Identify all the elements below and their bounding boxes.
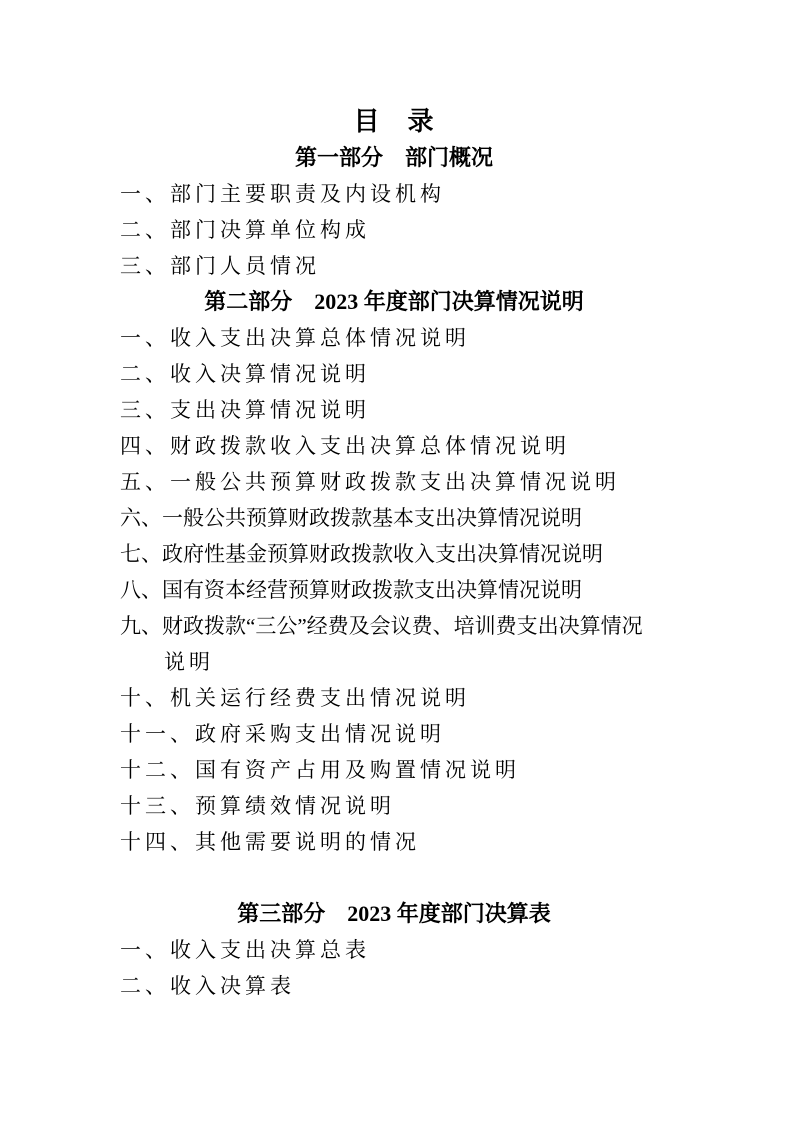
toc-item: 一、部门主要职责及内设机构 [120, 176, 668, 212]
toc-item: 六、一般公共预算财政拨款基本支出决算情况说明 [120, 500, 668, 536]
toc-item: 三、部门人员情况 [120, 248, 668, 284]
toc-item: 十、机关运行经费支出情况说明 [120, 680, 668, 716]
toc-item: 五、一般公共预算财政拨款支出决算情况说明 [120, 464, 668, 500]
toc-item: 八、国有资本经营预算财政拨款支出决算情况说明 [120, 572, 668, 608]
section-heading-part1: 第一部分 部门概况 [120, 140, 668, 176]
toc-item: 十四、其他需要说明的情况 [120, 824, 668, 860]
toc-item: 一、收入支出决算总表 [120, 932, 668, 968]
toc-item: 十一、政府采购支出情况说明 [120, 716, 668, 752]
toc-item: 一、收入支出决算总体情况说明 [120, 320, 668, 356]
blank-line [120, 860, 668, 896]
toc-item-continuation: 说明 [120, 644, 668, 680]
toc-item: 二、收入决算表 [120, 968, 668, 1004]
document-page: 目 录 第一部分 部门概况 一、部门主要职责及内设机构 二、部门决算单位构成 三… [0, 0, 793, 1122]
toc-item: 十三、预算绩效情况说明 [120, 788, 668, 824]
toc-title: 目 录 [120, 104, 668, 140]
toc-item: 二、收入决算情况说明 [120, 356, 668, 392]
section-heading-part2: 第二部分 2023 年度部门决算情况说明 [120, 284, 668, 320]
section-heading-part3: 第三部分 2023 年度部门决算表 [120, 896, 668, 932]
toc-item: 九、财政拨款“三公”经费及会议费、培训费支出决算情况 [120, 608, 668, 644]
toc-item: 七、政府性基金预算财政拨款收入支出决算情况说明 [120, 536, 668, 572]
toc-item: 十二、国有资产占用及购置情况说明 [120, 752, 668, 788]
toc-item: 二、部门决算单位构成 [120, 212, 668, 248]
toc-item: 四、财政拨款收入支出决算总体情况说明 [120, 428, 668, 464]
toc-item: 三、支出决算情况说明 [120, 392, 668, 428]
